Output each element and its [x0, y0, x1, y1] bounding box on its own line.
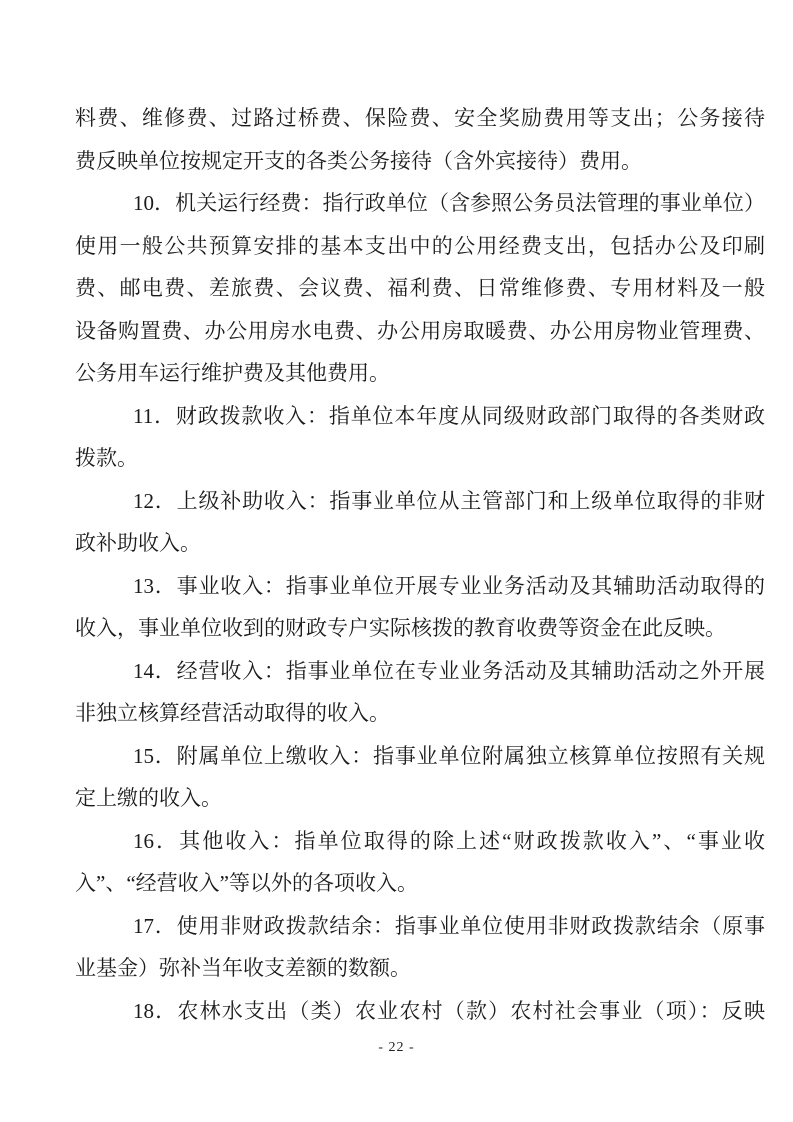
paragraph-item-17: 17．使用非财政拨款结余：指事业单位使用非财政拨款结余（原事业基金）弥补当年收支… [75, 905, 765, 990]
text-line: 12．上级补助收入：指事业单位从主管部门和上级单位取得的非财 [75, 480, 765, 523]
text-line: 入”、“经营收入”等以外的各项收入。 [75, 862, 765, 905]
paragraph-item-13: 13．事业收入：指事业单位开展专业业务活动及其辅助活动取得的收入，事业单位收到的… [75, 565, 765, 650]
text-line: 15．附属单位上缴收入：指事业单位附属独立核算单位按照有关规 [75, 735, 765, 778]
paragraph-item-11: 11．财政拨款收入：指单位本年度从同级财政部门取得的各类财政拨款。 [75, 395, 765, 480]
text-line: 10．机关运行经费：指行政单位（含参照公务员法管理的事业单位） [75, 182, 765, 225]
text-line: 17．使用非财政拨款结余：指事业单位使用非财政拨款结余（原事 [75, 905, 765, 948]
paragraph-item-9-continued: 料费、维修费、过路过桥费、保险费、安全奖励费用等支出；公务接待费反映单位按规定开… [75, 97, 765, 182]
paragraph-item-15: 15．附属单位上缴收入：指事业单位附属独立核算单位按照有关规定上缴的收入。 [75, 735, 765, 820]
text-line: 18．农林水支出（类）农业农村（款）农村社会事业（项）：反映 [75, 990, 765, 1033]
text-line: 费反映单位按规定开支的各类公务接待（含外宾接待）费用。 [75, 140, 765, 183]
text-line: 业基金）弥补当年收支差额的数额。 [75, 947, 765, 990]
text-line: 拨款。 [75, 437, 765, 480]
text-line: 定上缴的收入。 [75, 777, 765, 820]
document-page: 料费、维修费、过路过桥费、保险费、安全奖励费用等支出；公务接待费反映单位按规定开… [0, 0, 793, 1122]
text-line: 费、邮电费、差旅费、会议费、福利费、日常维修费、专用材料及一般 [75, 267, 765, 310]
text-line: 13．事业收入：指事业单位开展专业业务活动及其辅助活动取得的 [75, 565, 765, 608]
paragraph-item-16: 16．其他收入：指单位取得的除上述“财政拨款收入”、“事业收入”、“经营收入”等… [75, 820, 765, 905]
text-line: 公务用车运行维护费及其他费用。 [75, 352, 765, 395]
text-line: 11．财政拨款收入：指单位本年度从同级财政部门取得的各类财政 [75, 395, 765, 438]
text-line: 使用一般公共预算安排的基本支出中的公用经费支出，包括办公及印刷 [75, 225, 765, 268]
text-line: 料费、维修费、过路过桥费、保险费、安全奖励费用等支出；公务接待 [75, 97, 765, 140]
document-content: 料费、维修费、过路过桥费、保险费、安全奖励费用等支出；公务接待费反映单位按规定开… [75, 97, 765, 1032]
text-line: 收入，事业单位收到的财政专户实际核拨的教育收费等资金在此反映。 [75, 607, 765, 650]
page-number: - 22 - [0, 1039, 793, 1057]
text-line: 14．经营收入：指事业单位在专业业务活动及其辅助活动之外开展 [75, 650, 765, 693]
text-line: 政补助收入。 [75, 522, 765, 565]
text-line: 设备购置费、办公用房水电费、办公用房取暖费、办公用房物业管理费、 [75, 310, 765, 353]
text-line: 16．其他收入：指单位取得的除上述“财政拨款收入”、“事业收 [75, 820, 765, 863]
paragraph-item-18: 18．农林水支出（类）农业农村（款）农村社会事业（项）：反映 [75, 990, 765, 1033]
paragraph-item-12: 12．上级补助收入：指事业单位从主管部门和上级单位取得的非财政补助收入。 [75, 480, 765, 565]
paragraph-item-14: 14．经营收入：指事业单位在专业业务活动及其辅助活动之外开展非独立核算经营活动取… [75, 650, 765, 735]
paragraph-item-10: 10．机关运行经费：指行政单位（含参照公务员法管理的事业单位）使用一般公共预算安… [75, 182, 765, 395]
text-line: 非独立核算经营活动取得的收入。 [75, 692, 765, 735]
